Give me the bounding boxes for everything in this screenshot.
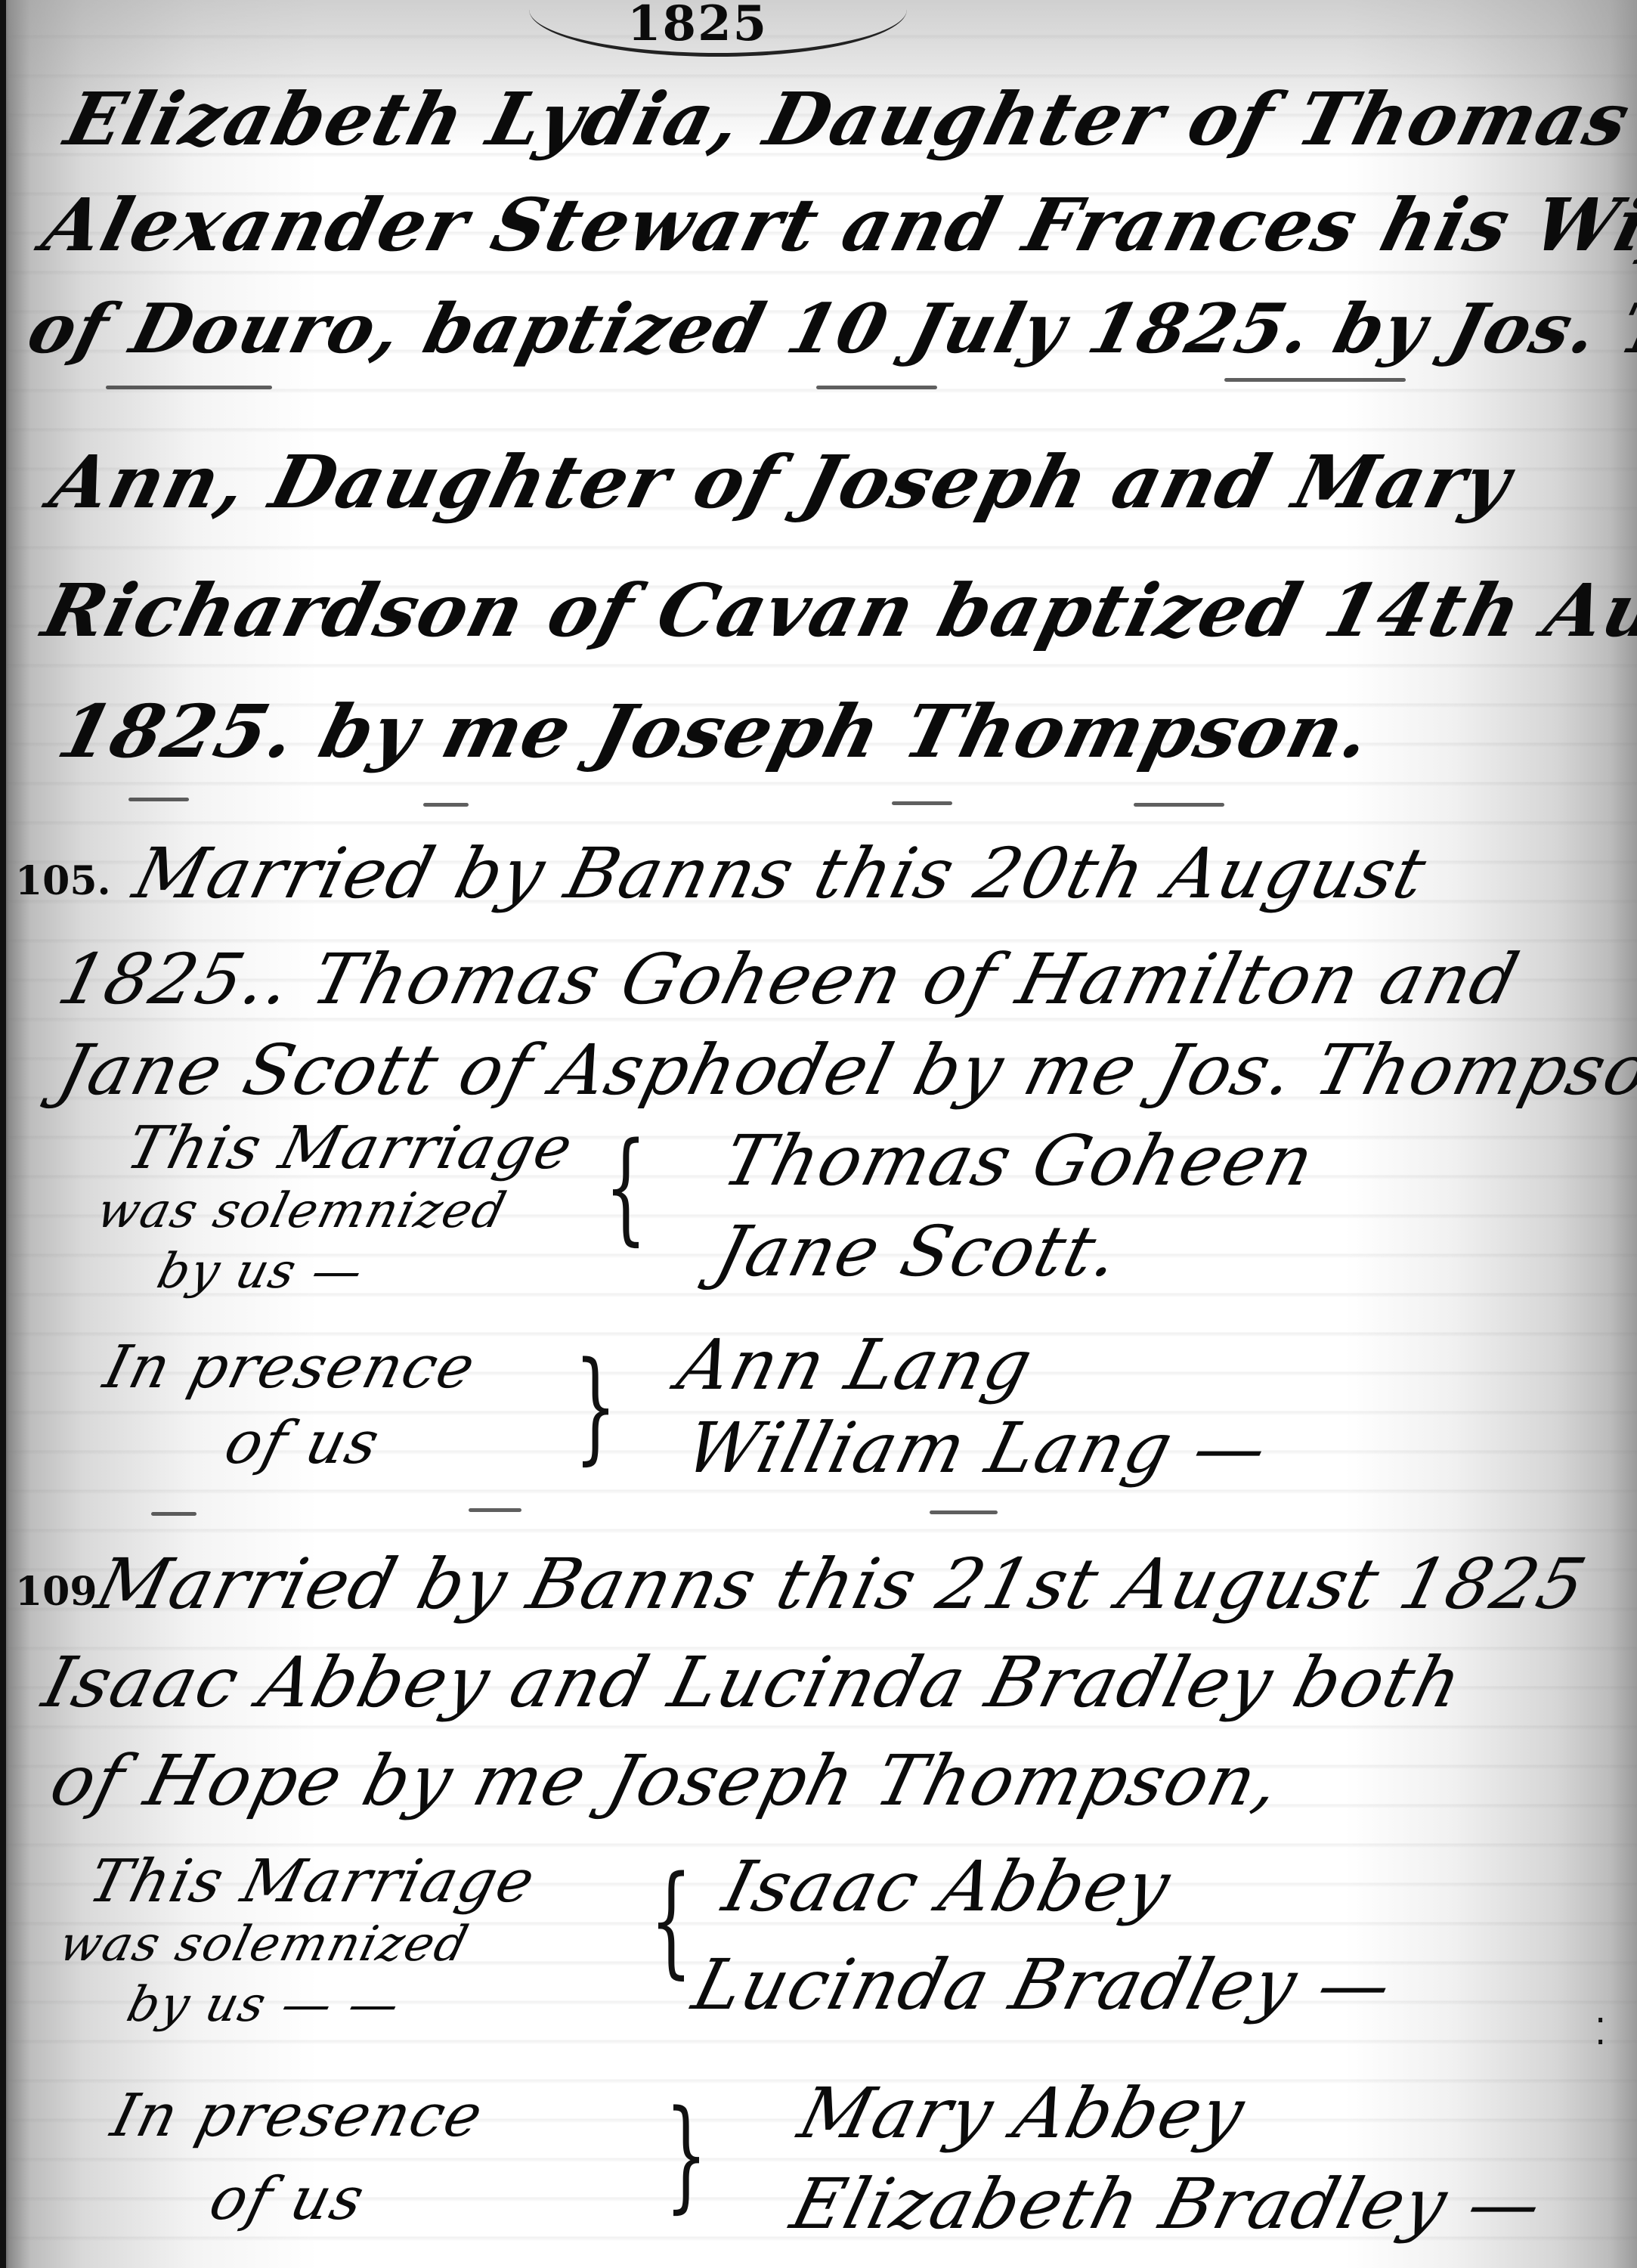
entry-line: of Douro, baptized 10 July 1825. by Jos.… [22, 295, 1637, 363]
solemnized-label: was solemnized [92, 1187, 512, 1235]
entry-line: 1825.. Thomas Goheen of Hamilton and [52, 945, 1527, 1015]
solemnized-label: This Marriage [121, 1119, 579, 1178]
solemnized-label: This Marriage [83, 1852, 541, 1911]
entry-line: Married by Banns this 21st August 1825 [90, 1550, 1593, 1619]
page-left-edge [0, 0, 6, 2268]
entry-line: Elizabeth Lydia, Daughter of Thomas [59, 83, 1637, 156]
solemnized-label: by us — — [122, 1981, 405, 2029]
separator-dash [423, 803, 469, 807]
entry-line: Isaac Abbey and Lucinda Bradley both [37, 1648, 1470, 1718]
entry-line: Alexander Stewart and Frances his Wife [36, 189, 1637, 262]
presence-label: In presence [106, 2087, 489, 2146]
separator-dash [892, 801, 952, 805]
separator-dash [128, 798, 189, 801]
solemnized-label: was solemnized [54, 1920, 474, 1969]
entry-number: 105. [15, 862, 111, 901]
presence-label: of us [204, 2170, 370, 2229]
party-name: Isaac Abbey [717, 1852, 1178, 1922]
presence-label: In presence [98, 1338, 481, 1397]
separator-dash [469, 1508, 521, 1512]
brace: { [605, 1126, 647, 1247]
entry-line: Jane Scott of Asphodel by me Jos. Thomps… [52, 1036, 1637, 1105]
entry-number: 109 [15, 1572, 97, 1612]
separator-dash [930, 1510, 998, 1514]
brace: { [650, 1860, 692, 1981]
ink-dots: ⁚ [1595, 2011, 1606, 2053]
witness-name: Elizabeth Bradley — [785, 2170, 1549, 2239]
solemnized-label: by us — [153, 1247, 369, 1296]
underline [1224, 378, 1406, 382]
separator-dash [1134, 803, 1224, 807]
witness-name: William Lang — [679, 1414, 1275, 1483]
separator-dash [151, 1512, 197, 1516]
entry-line: Married by Banns this 20th August [128, 839, 1434, 909]
party-name: Thomas Goheen [717, 1126, 1322, 1196]
witness-name: Mary Abbey [793, 2079, 1252, 2149]
entry-line: Richardson of Cavan baptized 14th August [36, 575, 1637, 647]
header-year: 1825 [627, 0, 768, 48]
entry-line: 1825. by me Joseph Thompson. [51, 696, 1379, 768]
witness-name: Ann Lang [672, 1331, 1040, 1400]
brace: } [665, 2094, 707, 2215]
register-page: 1825 Elizabeth Lydia, Daughter of Thomas… [0, 0, 1637, 2268]
entry-line: of Hope by me Joseph Thompson, [45, 1746, 1288, 1816]
presence-label: of us [219, 1414, 385, 1473]
party-name: Lucinda Bradley — [687, 1950, 1400, 2020]
underline [816, 386, 937, 389]
brace: } [574, 1346, 617, 1467]
underline [106, 386, 272, 389]
party-name: Jane Scott. [710, 1217, 1128, 1287]
entry-line: Ann, Daughter of Joseph and Mary [44, 446, 1518, 519]
